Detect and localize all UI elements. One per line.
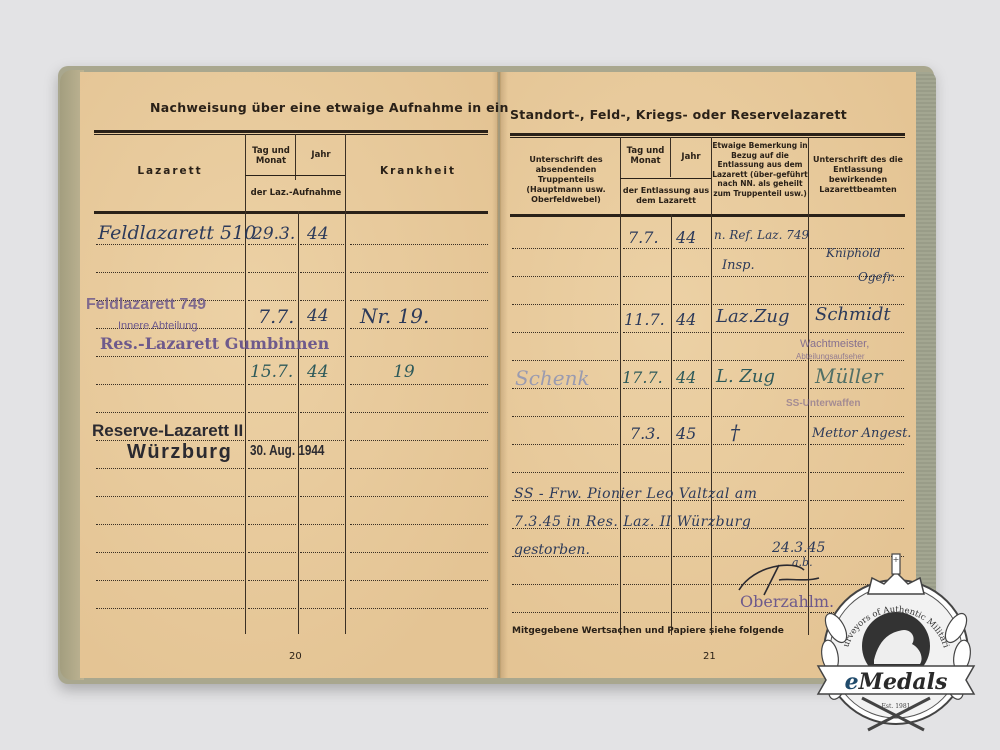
- ruled-dotted-line: [713, 360, 806, 361]
- ruled-dotted-line: [300, 328, 344, 329]
- header-tag-monat: Tag und Monat: [621, 146, 670, 166]
- entry-tag-monat: 17.7.: [622, 368, 663, 387]
- stamp-abteilung: Abteilungsaufseher: [796, 352, 865, 361]
- ruled-dotted-line: [673, 584, 709, 585]
- ruled-dotted-line: [350, 272, 488, 273]
- ruled-dotted-line: [300, 468, 344, 469]
- col-divider: [245, 134, 246, 634]
- entry-jahr: 44: [676, 228, 696, 247]
- col-divider: [295, 134, 296, 180]
- ruled-dotted-line: [512, 612, 618, 613]
- entry-bemerkung-line2: Insp.: [722, 258, 755, 273]
- ruled-dotted-line: [350, 580, 488, 581]
- stamp-feldlazarett: Feldlazarett 749: [86, 296, 206, 314]
- ruled-dotted-line: [673, 416, 709, 417]
- ruled-dotted-line: [248, 244, 296, 245]
- ruled-dotted-line: [713, 304, 806, 305]
- stamp-innere-abteilung: Innere Abteilung: [118, 320, 198, 332]
- ruled-dotted-line: [248, 580, 296, 581]
- header-unterschrift-truppenteil: Unterschrift des absendenden Truppenteil…: [514, 155, 618, 205]
- ruled-dotted-line: [673, 332, 709, 333]
- death-note-line-1: SS - Frw. Pionier Leo Valtzal am: [514, 486, 757, 502]
- ruled-dotted-line: [512, 276, 618, 277]
- entry-bemerkung: n. Ref. Laz. 749: [714, 228, 809, 242]
- entry-jahr: 44: [676, 368, 696, 387]
- ruled-dotted-line: [810, 388, 904, 389]
- ruled-dotted-line: [713, 444, 806, 445]
- entry-krankheit: 19: [393, 362, 415, 382]
- col-divider: [620, 137, 621, 635]
- entry-unterschrift: Müller: [815, 364, 883, 388]
- ruled-dotted-line: [673, 304, 709, 305]
- ruled-dotted-line: [713, 388, 806, 389]
- subheader-rule: [245, 175, 345, 176]
- entry-tag-monat: 7.7.: [628, 228, 659, 247]
- page-number-right: 21: [703, 651, 716, 662]
- ruled-dotted-line: [248, 356, 296, 357]
- ruled-dotted-line: [96, 272, 244, 273]
- ruled-dotted-line: [300, 412, 344, 413]
- ruled-dotted-line: [623, 444, 669, 445]
- faint-signature: Schenk: [515, 366, 590, 390]
- col-divider: [298, 211, 299, 634]
- stamp-res-lazarett: Res.-Lazarett Gumbinnen: [100, 334, 329, 353]
- ruled-dotted-line: [248, 524, 296, 525]
- col-divider: [711, 137, 712, 635]
- ruled-dotted-line: [300, 440, 344, 441]
- header-rule-top: [94, 130, 488, 133]
- entry-tag-monat: 29.3.: [252, 224, 295, 244]
- col-divider: [345, 134, 346, 634]
- header-aufnahme: der Laz.-Aufnahme: [247, 188, 345, 198]
- ruled-dotted-line: [300, 580, 344, 581]
- ruled-dotted-line: [810, 332, 904, 333]
- ruled-dotted-line: [673, 556, 709, 557]
- entry-lazarett: Feldlazarett 510: [98, 222, 256, 244]
- ruled-dotted-line: [512, 332, 618, 333]
- ruled-dotted-line: [713, 612, 806, 613]
- ruled-dotted-line: [96, 244, 244, 245]
- entry-tag-monat: 11.7.: [624, 310, 665, 329]
- ruled-dotted-line: [673, 248, 709, 249]
- footer-note: Mitgegebene Wertsachen und Papiere siehe…: [512, 626, 784, 636]
- ruled-dotted-line: [350, 300, 488, 301]
- right-page-title: Standort-, Feld-, Kriegs- oder Reservela…: [510, 107, 847, 122]
- ruled-dotted-line: [350, 524, 488, 525]
- ruled-dotted-line: [810, 528, 904, 529]
- ruled-dotted-line: [300, 524, 344, 525]
- emedals-badge-icon: + Purveyors of Authentic Militaria eMeda…: [808, 548, 984, 734]
- ruled-dotted-line: [673, 388, 709, 389]
- stamp-waffen: SS-Unterwaffen: [786, 398, 860, 409]
- entry-unterschrift: Schmidt: [815, 304, 891, 325]
- ruled-dotted-line: [300, 356, 344, 357]
- ruled-dotted-line: [623, 472, 669, 473]
- col-divider: [671, 214, 672, 635]
- header-krankheit: Krankheit: [350, 166, 486, 176]
- ruled-dotted-line: [96, 580, 244, 581]
- ruled-dotted-line: [248, 608, 296, 609]
- ruled-dotted-line: [623, 360, 669, 361]
- header-unterschrift-beamten: Unterschrift des die Entlassung bewirken…: [810, 155, 906, 195]
- ruled-dotted-line: [512, 444, 618, 445]
- ruled-dotted-line: [350, 496, 488, 497]
- entry-jahr: 44: [676, 310, 696, 329]
- ruled-dotted-line: [713, 472, 806, 473]
- header-bemerkung: Etwaige Bemerkung in Bezug auf die Entla…: [712, 141, 808, 198]
- ruled-dotted-line: [300, 608, 344, 609]
- ruled-dotted-line: [350, 468, 488, 469]
- ruled-dotted-line: [350, 412, 488, 413]
- header-jahr: Jahr: [297, 150, 345, 160]
- entry-unterschrift: Kniphold: [826, 246, 881, 260]
- ruled-dotted-line: [673, 360, 709, 361]
- header-jahr: Jahr: [671, 152, 711, 162]
- page-gutter: [492, 72, 508, 678]
- entry-tag-monat: 15.7.: [250, 362, 293, 382]
- stamp-wuerzburg: Würzburg: [127, 441, 232, 464]
- ruled-dotted-line: [96, 384, 244, 385]
- ruled-dotted-line: [300, 244, 344, 245]
- ruled-dotted-line: [810, 500, 904, 501]
- entry-jahr: 44: [307, 224, 329, 244]
- ruled-dotted-line: [96, 468, 244, 469]
- ruled-dotted-line: [300, 384, 344, 385]
- ruled-dotted-line: [623, 612, 669, 613]
- stamp-wachtmeister: Wachtmeister,: [800, 338, 869, 350]
- ruled-dotted-line: [623, 416, 669, 417]
- entry-bemerkung: †: [730, 420, 740, 444]
- ruled-dotted-line: [810, 416, 904, 417]
- ruled-dotted-line: [673, 276, 709, 277]
- ruled-dotted-line: [350, 608, 488, 609]
- ruled-dotted-line: [810, 472, 904, 473]
- ruled-dotted-line: [350, 244, 488, 245]
- death-note-line-2: 7.3.45 in Res. Laz. II Würzburg: [514, 514, 751, 530]
- ruled-dotted-line: [623, 584, 669, 585]
- svg-text:eMedals: eMedals: [845, 669, 948, 695]
- header-rule-top: [510, 133, 905, 136]
- header-tag-monat: Tag und Monat: [247, 146, 295, 166]
- page-number-left: 20: [289, 651, 302, 662]
- ruled-dotted-line: [300, 272, 344, 273]
- svg-text:+: +: [893, 555, 900, 564]
- ruled-dotted-line: [623, 556, 669, 557]
- ruled-dotted-line: [512, 304, 618, 305]
- ruled-dotted-line: [96, 496, 244, 497]
- emedals-watermark: + Purveyors of Authentic Militaria eMeda…: [808, 548, 984, 734]
- entry-jahr: 44: [307, 362, 329, 382]
- ruled-dotted-line: [713, 416, 806, 417]
- ruled-dotted-line: [512, 416, 618, 417]
- entry-tag-monat: 7.7.: [258, 306, 294, 328]
- ruled-dotted-line: [623, 388, 669, 389]
- ruled-dotted-line: [673, 472, 709, 473]
- ruled-dotted-line: [96, 412, 244, 413]
- ruled-dotted-line: [512, 584, 618, 585]
- ruled-dotted-line: [248, 384, 296, 385]
- subheader-rule: [620, 178, 711, 179]
- ruled-dotted-line: [96, 608, 244, 609]
- ruled-dotted-line: [623, 332, 669, 333]
- header-lazarett: Lazarett: [100, 166, 240, 176]
- ruled-dotted-line: [350, 552, 488, 553]
- ruled-dotted-line: [300, 552, 344, 553]
- ruled-dotted-line: [248, 552, 296, 553]
- ruled-dotted-line: [96, 356, 244, 357]
- ruled-dotted-line: [350, 356, 488, 357]
- ruled-dotted-line: [673, 444, 709, 445]
- ruled-dotted-line: [248, 496, 296, 497]
- header-rule-bottom: [510, 214, 905, 217]
- ruled-dotted-line: [512, 360, 618, 361]
- ruled-dotted-line: [248, 412, 296, 413]
- header-rule-bottom: [94, 211, 488, 214]
- entry-bemerkung: Laz.Zug: [716, 306, 790, 327]
- ruled-dotted-line: [248, 328, 296, 329]
- ruled-dotted-line: [623, 276, 669, 277]
- ruled-dotted-line: [350, 328, 488, 329]
- ruled-dotted-line: [248, 272, 296, 273]
- ruled-dotted-line: [350, 384, 488, 385]
- ruled-dotted-line: [350, 440, 488, 441]
- ruled-dotted-line: [300, 496, 344, 497]
- header-entlassung: der Entlassung aus dem Lazarett: [621, 186, 711, 206]
- ruled-dotted-line: [713, 276, 806, 277]
- death-note-line-3: gestorben.: [514, 542, 590, 558]
- entry-krankheit: Nr. 19.: [360, 304, 429, 328]
- header-rule-top-thin: [510, 137, 905, 138]
- entry-jahr: 44: [307, 306, 329, 326]
- entry-jahr: 45: [676, 424, 696, 443]
- stamp-date: 30. Aug. 1944: [250, 442, 324, 459]
- ruled-dotted-line: [713, 332, 806, 333]
- ruled-dotted-line: [512, 248, 618, 249]
- ruled-dotted-line: [810, 444, 904, 445]
- ruled-dotted-line: [673, 612, 709, 613]
- entry-unterschrift-rank: Ogefr.: [858, 270, 895, 284]
- ruled-dotted-line: [96, 524, 244, 525]
- ruled-dotted-line: [713, 248, 806, 249]
- ruled-dotted-line: [623, 248, 669, 249]
- ruled-dotted-line: [248, 440, 296, 441]
- entry-tag-monat: 7.3.: [630, 424, 661, 443]
- ruled-dotted-line: [512, 472, 618, 473]
- left-page-title: Nachweisung über eine etwaige Aufnahme i…: [150, 100, 509, 115]
- ruled-dotted-line: [96, 552, 244, 553]
- ruled-dotted-line: [248, 300, 296, 301]
- ruled-dotted-line: [300, 300, 344, 301]
- header-rule-top-thin: [94, 134, 488, 135]
- ruled-dotted-line: [623, 304, 669, 305]
- stamp-reserve-lazarett: Reserve-Lazarett II: [92, 421, 243, 441]
- entry-bemerkung: L. Zug: [716, 366, 775, 387]
- ruled-dotted-line: [248, 468, 296, 469]
- entry-unterschrift: Mettor Angest.: [812, 426, 911, 441]
